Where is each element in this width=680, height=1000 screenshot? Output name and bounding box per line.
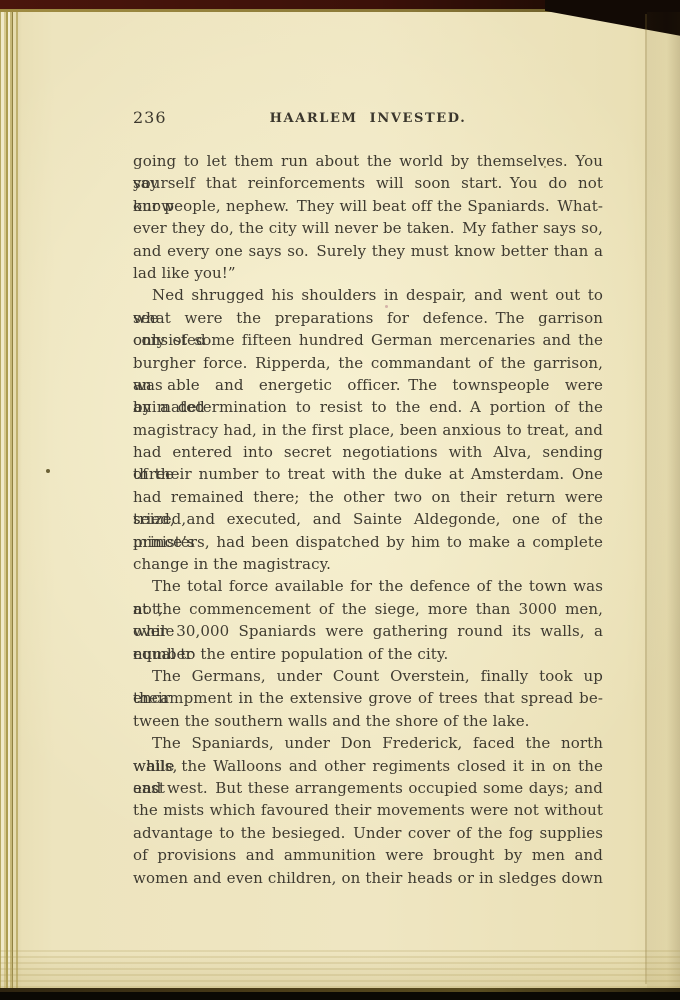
text-line: of their number to treat with the duke a… — [133, 463, 603, 485]
text-line: advantage to the besieged. Under cover o… — [133, 822, 603, 844]
text-line: yourself that reinforcements will soon s… — [133, 172, 603, 194]
text-body: going to let them run about the world by… — [133, 150, 603, 889]
paper-fleck — [46, 469, 50, 473]
text-line: The total force available for the defenc… — [133, 575, 603, 597]
page-header: 236 HAARLEM INVESTED. — [133, 108, 603, 128]
text-line: encampment in the extensive grove of tre… — [133, 687, 603, 709]
running-title: HAARLEM INVESTED. — [133, 111, 603, 127]
text-line: magistracy had, in the first place, been… — [133, 419, 603, 441]
text-line: by a determination to resist to the end.… — [133, 396, 603, 418]
text-line: women and even children, on their heads … — [133, 867, 603, 889]
text-line: over 30,000 Spaniards were gathering rou… — [133, 620, 603, 642]
bottom-page-edges — [0, 950, 680, 988]
text-line: had remained there; the other two on the… — [133, 486, 603, 508]
text-line: while the Walloons and other regiments c… — [133, 755, 603, 777]
text-line: and every one says so. Surely they must … — [133, 240, 603, 262]
text-line: change in the magistracy. — [133, 553, 603, 575]
text-line: tween the southern walls and the shore o… — [133, 710, 603, 732]
text-line: had entered into secret negotiations wit… — [133, 441, 603, 463]
text-line: of provisions and ammunition were brough… — [133, 844, 603, 866]
text-line: ever they do, the city will never be tak… — [133, 217, 603, 239]
text-line: equal to the entire population of the ci… — [133, 643, 603, 665]
right-edge-shading — [647, 12, 680, 988]
text-line: The Spaniards, under Don Frederick, face… — [133, 732, 603, 754]
text-line: our people, nephew. They will beat off t… — [133, 195, 603, 217]
printed-content: 236 HAARLEM INVESTED. going to let them … — [133, 108, 603, 889]
text-line: and west. But these arrangements occupie… — [133, 777, 603, 799]
scanned-book-page: 236 HAARLEM INVESTED. going to let them … — [0, 0, 680, 1000]
text-line: what were the preparations for defence. … — [133, 307, 603, 329]
bottom-shadow — [0, 992, 680, 1000]
text-line: an able and energetic officer. The towns… — [133, 374, 603, 396]
text-line: going to let them run about the world by… — [133, 150, 603, 172]
text-line: the mists which favoured their movements… — [133, 799, 603, 821]
left-page-edges — [0, 10, 22, 990]
text-line: burgher force. Ripperda, the commandant … — [133, 352, 603, 374]
text-line: The Germans, under Count Overstein, fina… — [133, 665, 603, 687]
text-line: ministers, had been dispatched by him to… — [133, 531, 603, 553]
text-line: lad like you!” — [133, 262, 603, 284]
text-line: Ned shrugged his shoulders in despair, a… — [133, 284, 603, 306]
text-line: only of some fifteen hundred German merc… — [133, 329, 603, 351]
text-line: at the commencement of the siege, more t… — [133, 598, 603, 620]
text-line: tried, and executed, and Sainte Aldegond… — [133, 508, 603, 530]
